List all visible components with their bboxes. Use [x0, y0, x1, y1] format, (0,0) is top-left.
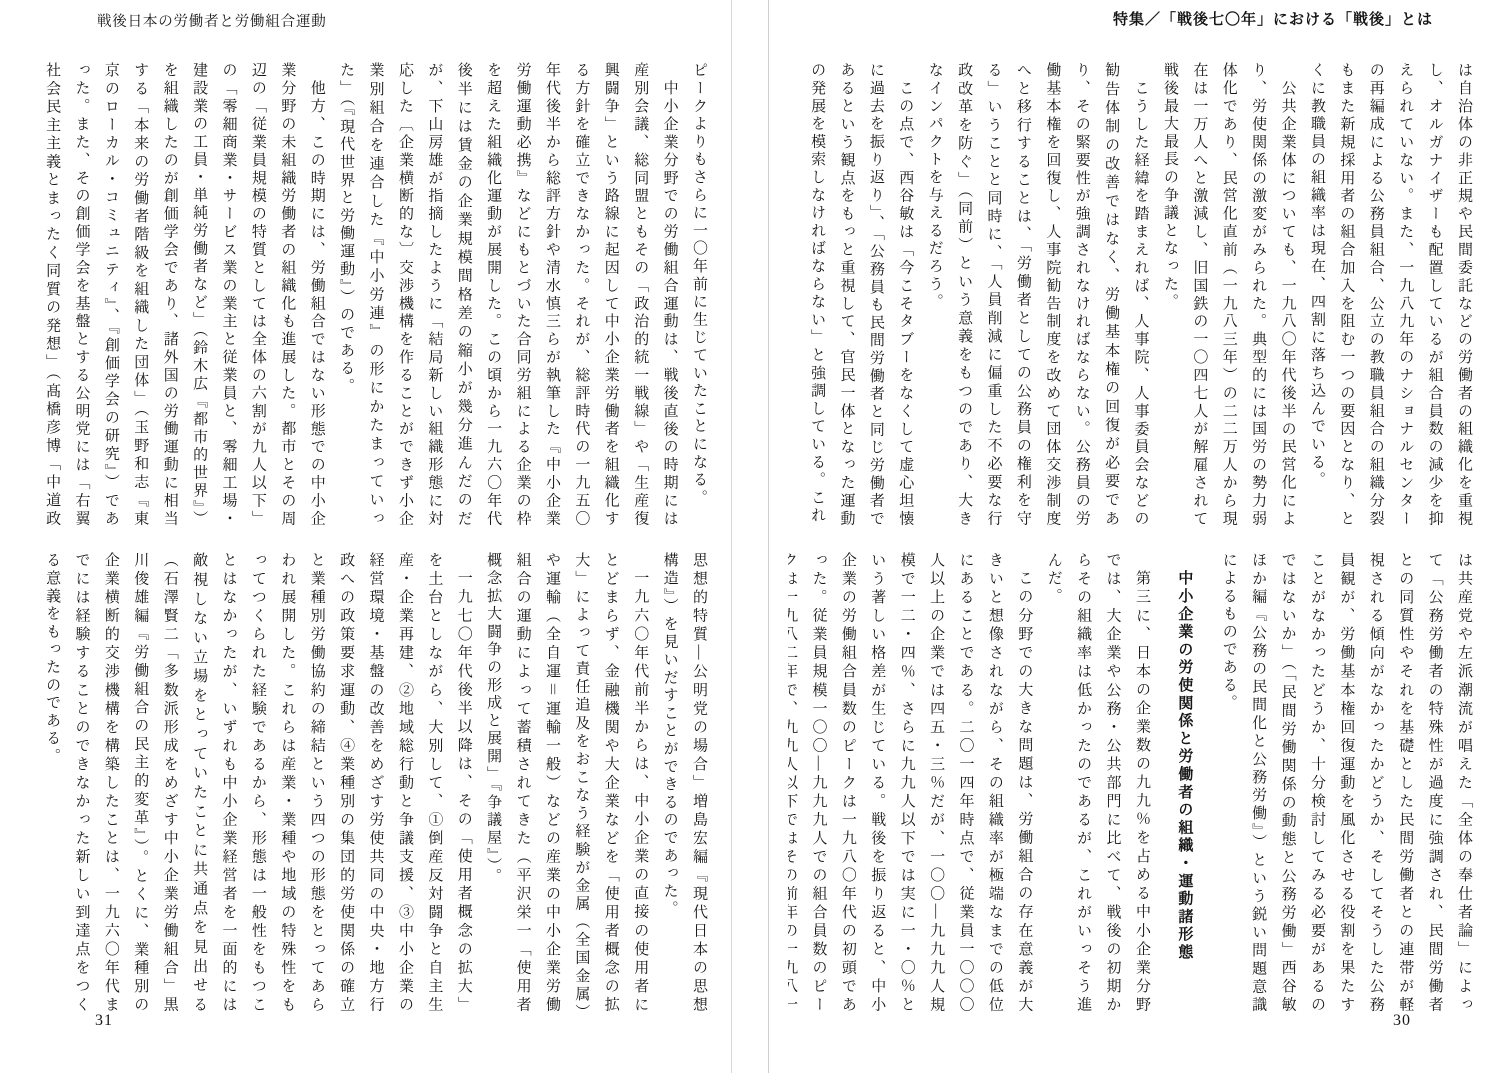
paragraph: 中小企業分野での労働組合運動は、戦後直後の時期には産別会議、総同盟ともその「政治…	[331, 62, 684, 528]
paragraph: は共産党や左派潮流が唱えた「全体の奉仕者論」によって「公務労働者の特殊性が過度に…	[1213, 552, 1478, 1014]
paragraph: こうした経緯を踏まえれば、人事院、人事委員会などの勧告体制の改善ではなく、労働基…	[919, 62, 1154, 528]
paragraph: 公共企業体についても、一九八〇年代後半の民営化により、労使関係の激変がみられた。…	[1155, 62, 1302, 528]
paragraph: 一九七〇年代後半以降は、その「使用者概念の拡大」を土台としながら、大別して、①倒…	[37, 552, 478, 1014]
paragraph: 一九六〇年代前半からは、中小企業の直接の使用者にとどまらず、金融機関や大企業など…	[478, 552, 654, 1014]
paragraph: は自治体の非正規や民間委託などの労働者の組織化を重視し、オルガナイザーも配置して…	[1302, 62, 1478, 528]
left-page-running-head: 戦後日本の労働者と労働組合運動	[97, 10, 327, 31]
paragraph: 先にみたように、こうした運動の諸形態を発展させてい	[33, 552, 37, 1014]
paragraph: 思想的特質―公明党の場合」増島宏編『現代日本の思想構造』）を見いだすことができる…	[654, 552, 713, 1014]
paragraph: ピークよりもさらに一〇年前に生じていたことになる。	[684, 62, 713, 528]
right-page-bottom-text-block: は共産党や左派潮流が唱えた「全体の奉仕者論」によって「公務労働者の特殊性が過度に…	[788, 552, 1478, 1014]
right-page-top-text-block: は自治体の非正規や民間委託などの労働者の組織化を重視し、オルガナイザーも配置して…	[788, 62, 1478, 528]
paragraph: この点で、西谷敏は「今こそタブーをなくして虚心坦懐に過去を振り返り」、「公務員も…	[802, 62, 920, 528]
right-page-running-head: 特集／「戦後七〇年」における「戦後」とは	[1113, 8, 1433, 29]
paragraph: 第三に、日本の企業数の九九％を占める中小企業分野では、大企業や公務・公共部門に比…	[1038, 552, 1156, 1014]
page-gutter-line	[731, 0, 732, 1073]
page-gutter-line	[768, 0, 769, 1073]
left-page-bottom-text-block: 思想的特質―公明党の場合」増島宏編『現代日本の思想構造』）を見いだすことができる…	[33, 552, 713, 1014]
paragraph: 他方、この時期には、労働組合ではない形態での中小企業分野の未組織労働者の組織化も…	[33, 62, 331, 528]
page-spread: { "right_page": { "running_head": "特集／「戦…	[0, 0, 1500, 1073]
left-page-top-text-block: ピークよりもさらに一〇年前に生じていたことになる。中小企業分野での労働組合運動は…	[33, 62, 713, 528]
section-heading: 中小企業の労使関係と労働者の組織・運動諸形態	[1170, 552, 1199, 1014]
left-page-number: 31	[95, 1012, 113, 1030]
paragraph: この分野での大きな問題は、労働組合の存在意義が大きいと想像されながら、その組織率…	[788, 552, 1038, 1014]
right-page-number: 30	[1393, 1012, 1411, 1030]
